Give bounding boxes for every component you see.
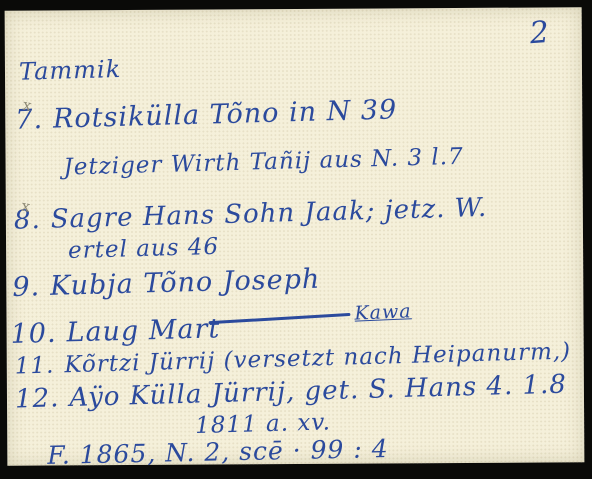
entry-7: x7.Rotsikülla Tõno in N 39 bbox=[15, 94, 398, 135]
entry-note-text: 1811 a. xv. bbox=[195, 409, 331, 439]
entry-number: 10. bbox=[10, 318, 57, 350]
entry-number: 12. bbox=[15, 383, 60, 414]
entry-12-note: 1811 a. xv. bbox=[195, 409, 331, 439]
scanned-card-image: 2 Tammik x7.Rotsikülla Tõno in N 39 Jetz… bbox=[0, 0, 592, 479]
reference-footer: F. 1865, N. 2, scē · 99 : 4 bbox=[47, 434, 389, 470]
entry-text: Kubja Tõno Joseph bbox=[50, 264, 321, 302]
entry-10: 10.Laug Mart bbox=[10, 313, 221, 350]
entry-note-text: ertel aus 46 bbox=[68, 234, 220, 264]
entry-number: 9. bbox=[12, 271, 41, 303]
entry-8-note: ertel aus 46 bbox=[68, 234, 220, 264]
ink-stroke bbox=[209, 313, 351, 324]
page-number: 2 bbox=[528, 15, 551, 51]
entry-9-annotation: Kawa bbox=[354, 300, 412, 324]
index-card: 2 Tammik x7.Rotsikülla Tõno in N 39 Jetz… bbox=[5, 7, 585, 466]
entry-number: 11. bbox=[14, 352, 54, 379]
entry-text: Rotsikülla Tõno in N 39 bbox=[53, 94, 398, 134]
entry-9: 9.Kubja Tõno Joseph bbox=[12, 264, 321, 303]
card-title: Tammik bbox=[19, 55, 122, 86]
entry-text: Aÿo Külla Jürrij, get. S. Hans 4. 1.8 bbox=[69, 370, 567, 413]
entry-text: Sagre Hans Sohn Jaak; jetz. W. bbox=[50, 193, 487, 235]
entry-note-text: Jetziger Wirth Tañij aus N. 3 l.7 bbox=[63, 144, 464, 181]
entry-8: x8.Sagre Hans Sohn Jaak; jetz. W. bbox=[14, 193, 488, 236]
entry-7-note: Jetziger Wirth Tañij aus N. 3 l.7 bbox=[63, 144, 464, 181]
entry-text: Laug Mart bbox=[66, 313, 221, 348]
